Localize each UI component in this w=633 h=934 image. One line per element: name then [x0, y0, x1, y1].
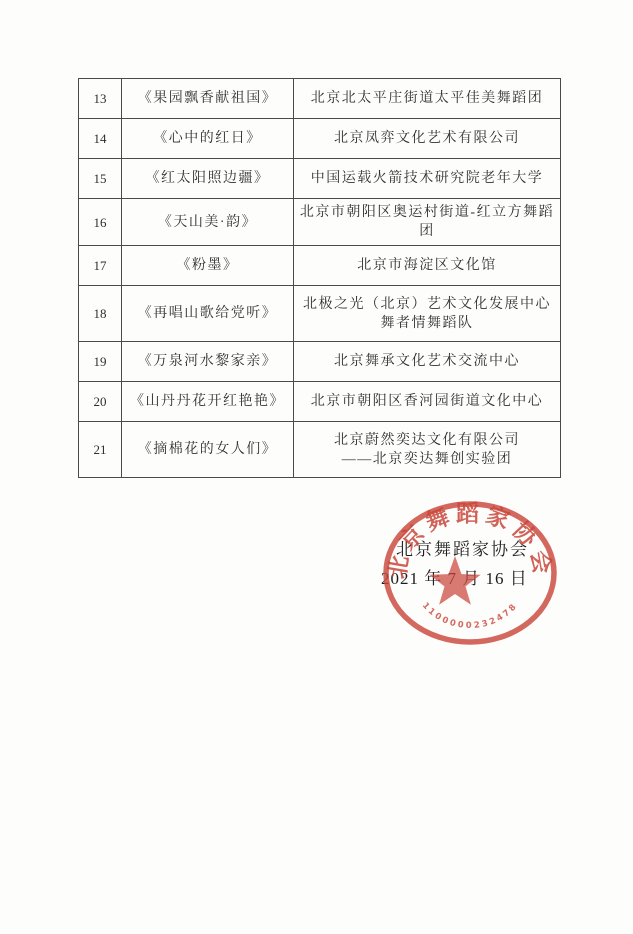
organization-line: 北京市朝阳区奥运村街道-红立方舞蹈团 [297, 203, 557, 241]
organization-line: 北京蔚然奕达文化有限公司 [297, 431, 557, 450]
program-title: 《红太阳照边疆》 [122, 159, 294, 199]
program-title: 《万泉河水黎家亲》 [122, 342, 294, 382]
organization-name: 北京市朝阳区奥运村街道-红立方舞蹈团 [294, 199, 561, 246]
row-number: 19 [79, 342, 122, 382]
table-row: 21《摘棉花的女人们》北京蔚然奕达文化有限公司——北京奕达舞创实验团 [79, 422, 561, 478]
row-number: 13 [79, 79, 122, 119]
table-row: 17《粉墨》北京市海淀区文化馆 [79, 246, 561, 286]
organization-line: ——北京奕达舞创实验团 [297, 450, 557, 469]
row-number: 15 [79, 159, 122, 199]
organization-name: 北极之光（北京）艺术文化发展中心舞者情舞蹈队 [294, 286, 561, 342]
program-title: 《山丹丹花开红艳艳》 [122, 382, 294, 422]
table-row: 18《再唱山歌给党听》北极之光（北京）艺术文化发展中心舞者情舞蹈队 [79, 286, 561, 342]
organization-line: 北京北太平庄街道太平佳美舞蹈团 [297, 89, 557, 108]
organization-line: 北京市朝阳区香河园街道文化中心 [297, 392, 557, 411]
organization-name: 北京蔚然奕达文化有限公司——北京奕达舞创实验团 [294, 422, 561, 478]
program-title: 《天山美·韵》 [122, 199, 294, 246]
table-row: 13《果园飘香献祖国》北京北太平庄街道太平佳美舞蹈团 [79, 79, 561, 119]
seal-serial-number: 1100000232478 [420, 601, 520, 631]
organization-line: 北京凤弈文化艺术有限公司 [297, 129, 557, 148]
organization-name: 北京舞承文化艺术交流中心 [294, 342, 561, 382]
organization-name: 北京市朝阳区香河园街道文化中心 [294, 382, 561, 422]
program-title: 《粉墨》 [122, 246, 294, 286]
organization-line: 舞者情舞蹈队 [297, 314, 557, 333]
row-number: 16 [79, 199, 122, 246]
organization-line: 北京市海淀区文化馆 [297, 256, 557, 275]
seal-arc-text: 北京舞蹈家协会 [385, 500, 557, 581]
organization-name: 北京凤弈文化艺术有限公司 [294, 119, 561, 159]
signature-date: 2021 年 7 月 16 日 [381, 569, 528, 589]
row-number: 18 [79, 286, 122, 342]
table-row: 14《心中的红日》北京凤弈文化艺术有限公司 [79, 119, 561, 159]
organization-line: 北极之光（北京）艺术文化发展中心 [297, 295, 557, 314]
organization-line: 中国运载火箭技术研究院老年大学 [297, 169, 557, 188]
official-seal-stamp: 北京舞蹈家协会 1100000232478 [380, 498, 560, 648]
red-star-icon [429, 556, 480, 605]
program-title: 《再唱山歌给党听》 [122, 286, 294, 342]
program-table: 13《果园飘香献祖国》北京北太平庄街道太平佳美舞蹈团14《心中的红日》北京凤弈文… [78, 78, 561, 478]
organization-name: 中国运载火箭技术研究院老年大学 [294, 159, 561, 199]
seal-ring [386, 504, 554, 642]
scanned-document-page: 13《果园飘香献祖国》北京北太平庄街道太平佳美舞蹈团14《心中的红日》北京凤弈文… [0, 0, 633, 934]
program-table-body: 13《果园飘香献祖国》北京北太平庄街道太平佳美舞蹈团14《心中的红日》北京凤弈文… [79, 79, 561, 478]
row-number: 17 [79, 246, 122, 286]
table-row: 16《天山美·韵》北京市朝阳区奥运村街道-红立方舞蹈团 [79, 199, 561, 246]
signature-organization: 北京舞蹈家协会 [396, 540, 529, 560]
program-title: 《心中的红日》 [122, 119, 294, 159]
organization-name: 北京北太平庄街道太平佳美舞蹈团 [294, 79, 561, 119]
program-title: 《果园飘香献祖国》 [122, 79, 294, 119]
row-number: 20 [79, 382, 122, 422]
organization-name: 北京市海淀区文化馆 [294, 246, 561, 286]
table-row: 19《万泉河水黎家亲》北京舞承文化艺术交流中心 [79, 342, 561, 382]
row-number: 14 [79, 119, 122, 159]
organization-line: 北京舞承文化艺术交流中心 [297, 352, 557, 371]
table-row: 20《山丹丹花开红艳艳》北京市朝阳区香河园街道文化中心 [79, 382, 561, 422]
row-number: 21 [79, 422, 122, 478]
program-title: 《摘棉花的女人们》 [122, 422, 294, 478]
table-row: 15《红太阳照边疆》中国运载火箭技术研究院老年大学 [79, 159, 561, 199]
